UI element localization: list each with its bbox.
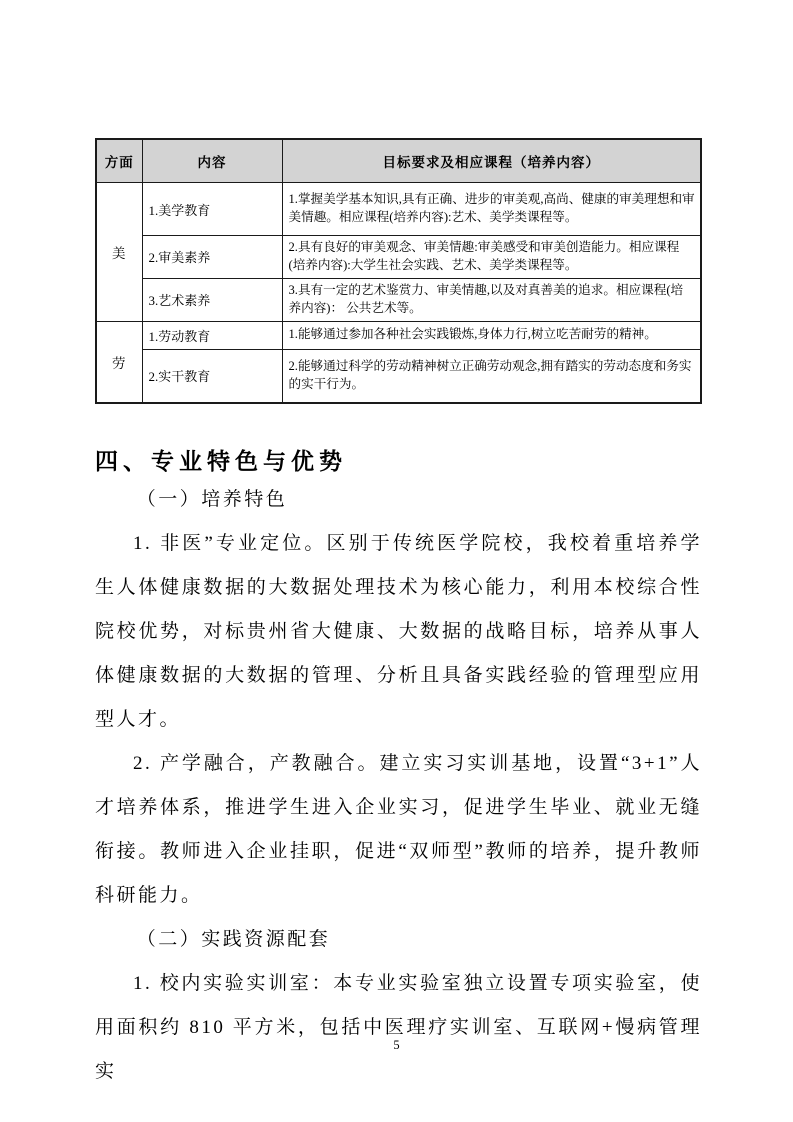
table-row: 2.实干教育 2.能够通过科学的劳动精神树立正确劳动观念,拥有踏实的劳动态度和务… — [96, 349, 701, 403]
content-cell: 2.审美素养 — [142, 236, 282, 279]
header-goal: 目标要求及相应课程（培养内容） — [282, 139, 701, 183]
aspect-mei: 美 — [96, 183, 142, 322]
page-number: 5 — [0, 1038, 793, 1053]
table-row: 劳 1.劳动教育 1.能够通过参加各种社会实践锻炼,身体力行,树立吃苦耐劳的精神… — [96, 321, 701, 349]
table-header-row: 方面 内容 目标要求及相应课程（培养内容） — [96, 139, 701, 183]
table-row: 2.审美素养 2.具有良好的审美观念、审美情趣:审美感受和审美创造能力。相应课程… — [96, 236, 701, 279]
header-aspect: 方面 — [96, 139, 142, 183]
subsection-title-1: （一）培养特色 — [95, 478, 702, 522]
detail-cell: 1.能够通过参加各种社会实践锻炼,身体力行,树立吃苦耐劳的精神。 — [282, 321, 701, 349]
paragraph-1: 1. 非医”专业定位。区别于传统医学院校，我校着重培养学生人体健康数据的大数据处… — [95, 522, 702, 742]
content-cell: 3.艺术素养 — [142, 278, 282, 321]
subsection-title-2: （二）实践资源配套 — [95, 918, 702, 962]
table-row: 美 1.美学教育 1.掌握美学基本知识,具有正确、进步的审美观,高尚、健康的审美… — [96, 183, 701, 236]
detail-cell: 3.具有一定的艺术鉴赏力、审美情趣,以及对真善美的追求。相应课程(培养内容)： … — [282, 278, 701, 321]
training-goals-table: 方面 内容 目标要求及相应课程（培养内容） 美 1.美学教育 1.掌握美学基本知… — [95, 138, 702, 404]
section-heading: 四、专业特色与优势 — [95, 446, 702, 478]
paragraph-3: 1. 校内实验实训室：本专业实验室独立设置专项实验室，使用面积约 810 平方米… — [95, 962, 702, 1094]
table-row: 3.艺术素养 3.具有一定的艺术鉴赏力、审美情趣,以及对真善美的追求。相应课程(… — [96, 278, 701, 321]
content-cell: 1.劳动教育 — [142, 321, 282, 349]
content-cell: 2.实干教育 — [142, 349, 282, 403]
paragraph-2: 2. 产学融合，产教融合。建立实习实训基地，设置“3+1”人才培养体系，推进学生… — [95, 742, 702, 918]
detail-cell: 2.能够通过科学的劳动精神树立正确劳动观念,拥有踏实的劳动态度和务实的实干行为。 — [282, 349, 701, 403]
detail-cell: 1.掌握美学基本知识,具有正确、进步的审美观,高尚、健康的审美理想和审美情趣。相… — [282, 183, 701, 236]
header-content: 内容 — [142, 139, 282, 183]
page-content: 方面 内容 目标要求及相应课程（培养内容） 美 1.美学教育 1.掌握美学基本知… — [95, 138, 702, 1094]
document-page: 方面 内容 目标要求及相应课程（培养内容） 美 1.美学教育 1.掌握美学基本知… — [0, 0, 793, 1122]
aspect-lao: 劳 — [96, 321, 142, 403]
detail-cell: 2.具有良好的审美观念、审美情趣:审美感受和审美创造能力。相应课程(培养内容):… — [282, 236, 701, 279]
content-cell: 1.美学教育 — [142, 183, 282, 236]
